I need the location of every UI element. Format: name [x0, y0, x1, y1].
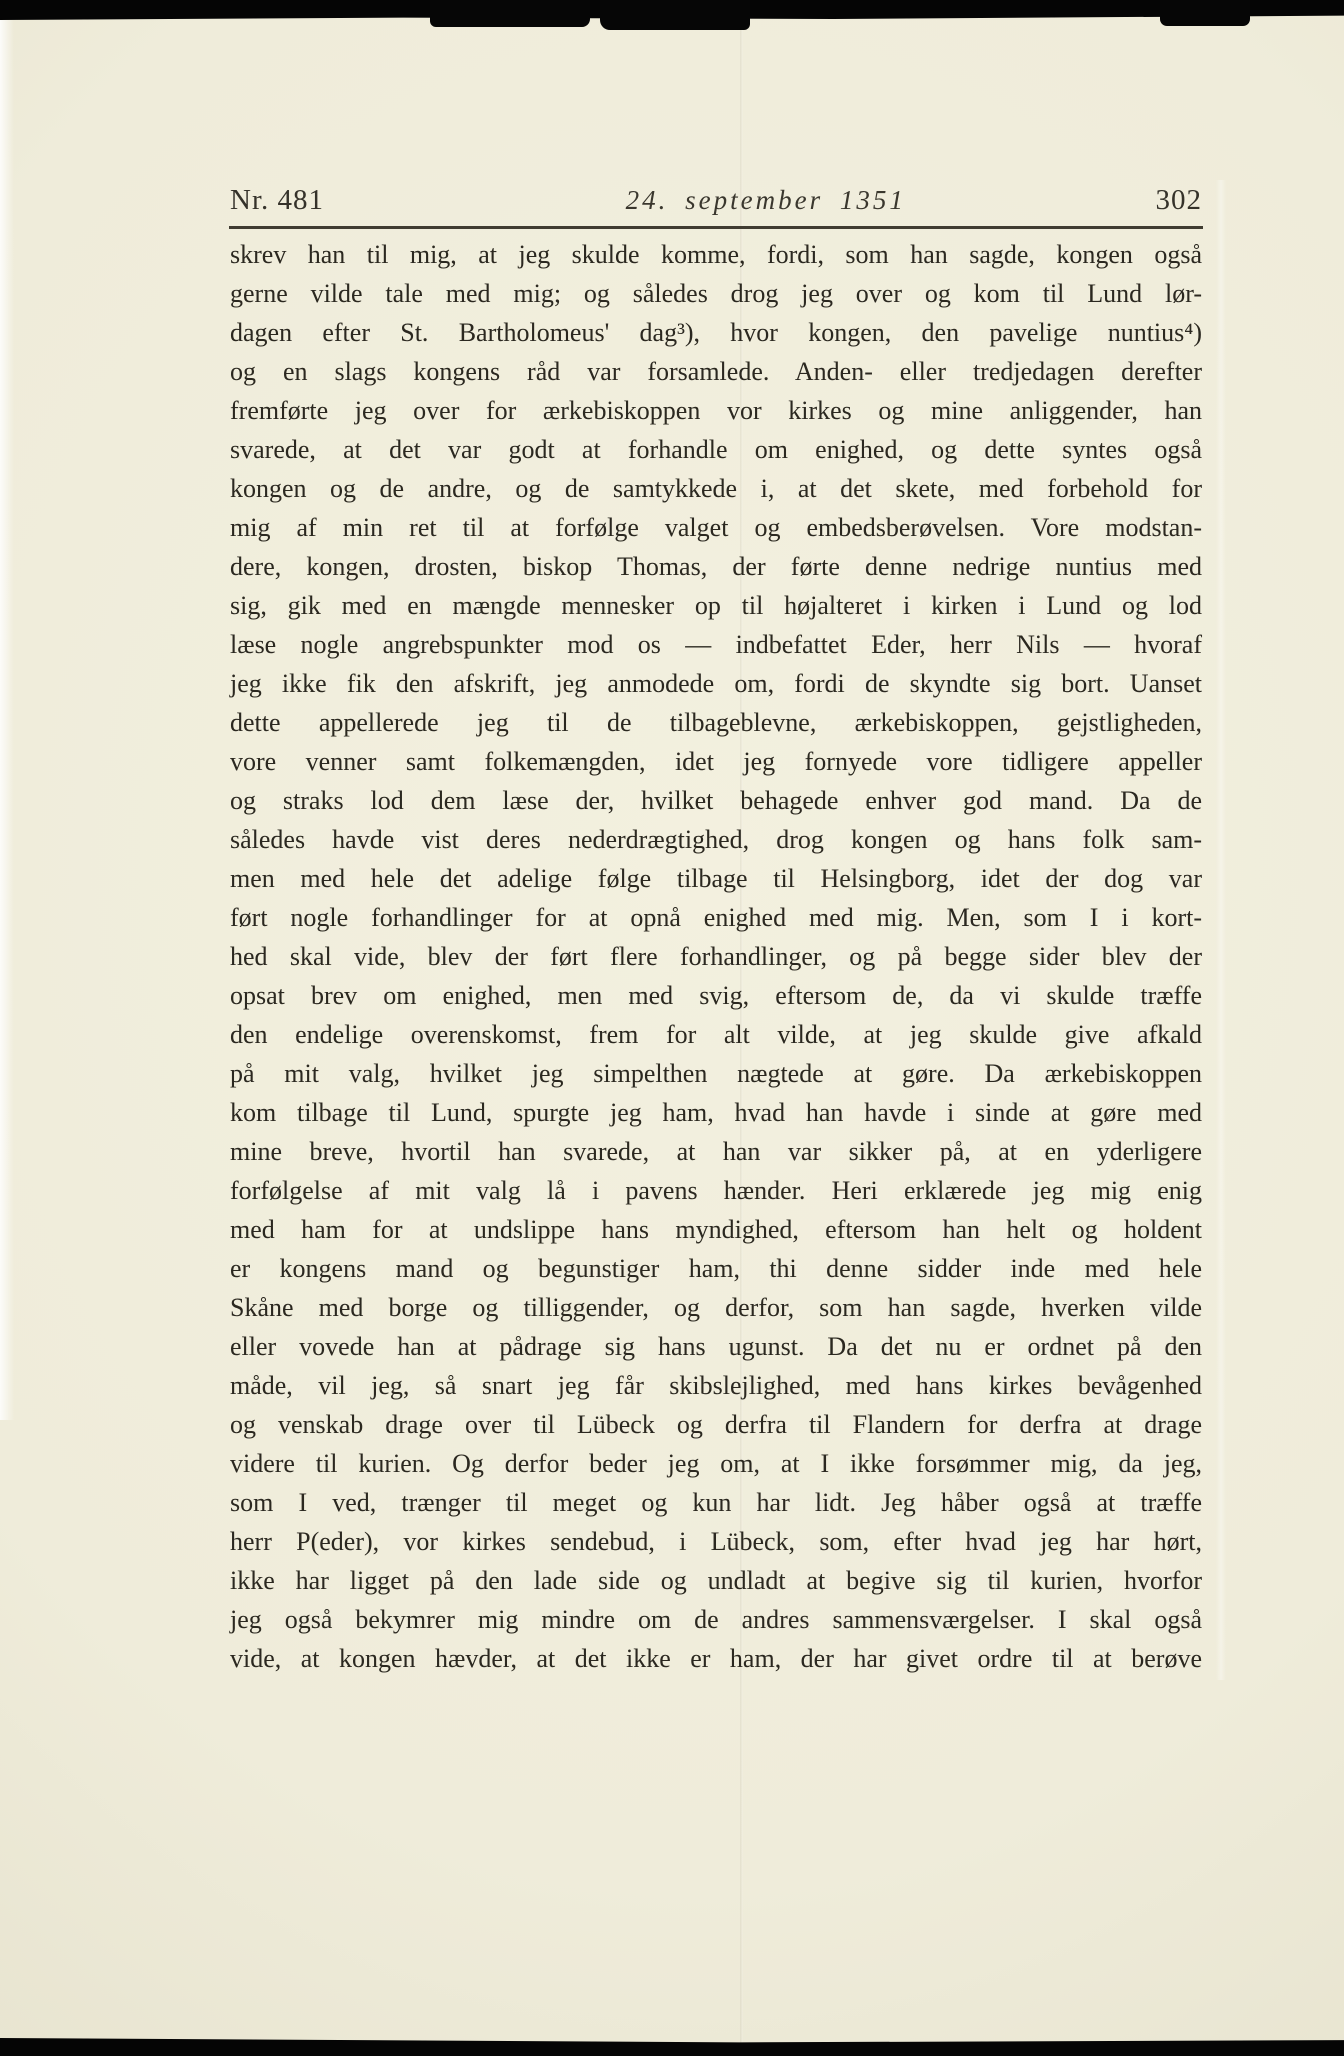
- text-line: videre til kurien. Og derfor beder jeg o…: [230, 1444, 1202, 1483]
- text-line: skrev han til mig, at jeg skulde komme, …: [230, 235, 1202, 274]
- document-number: Nr. 481: [230, 184, 324, 217]
- text-line: hed skal vide, blev der ført flere forha…: [230, 937, 1202, 976]
- text-line: og straks lod dem læse der, hvilket beha…: [230, 781, 1202, 820]
- text-line: læse nogle angrebspunkter mod os — indbe…: [230, 625, 1202, 664]
- text-line: dere, kongen, drosten, biskop Thomas, de…: [230, 547, 1202, 586]
- text-line: dette appellerede jeg til de tilbageblev…: [230, 703, 1202, 742]
- scan-artifact-blob: [430, 0, 590, 27]
- text-line: sig, gik med en mængde mennesker op til …: [230, 586, 1202, 625]
- text-line: jeg ikke fik den afskrift, jeg anmodede …: [230, 664, 1202, 703]
- page-edge-highlight: [0, 20, 14, 1420]
- header-date: 24. september 1351: [626, 185, 906, 216]
- text-line: vide, at kongen hævder, at det ikke er h…: [230, 1639, 1202, 1678]
- header-rule: [229, 226, 1203, 229]
- text-line: Skåne med borge og tilliggender, og derf…: [230, 1288, 1202, 1327]
- running-header: Nr. 481 24. september 1351 302: [230, 184, 1202, 217]
- body-text: skrev han til mig, at jeg skulde komme, …: [230, 235, 1202, 1678]
- text-line: ført nogle forhandlinger for at opnå eni…: [230, 898, 1202, 937]
- text-line: forfølgelse af mit valg lå i pavens hænd…: [230, 1171, 1202, 1210]
- scan-artifact-bottom-band: [0, 2034, 1344, 2056]
- text-line: som I ved, trænger til meget og kun har …: [230, 1483, 1202, 1522]
- text-line: svarede, at det var godt at forhandle om…: [230, 430, 1202, 469]
- text-line: måde, vil jeg, så snart jeg får skibslej…: [230, 1366, 1202, 1405]
- text-line: kom tilbage til Lund, spurgte jeg ham, h…: [230, 1093, 1202, 1132]
- text-line: gerne vilde tale med mig; og således dro…: [230, 274, 1202, 313]
- scan-artifact-blob: [600, 0, 750, 30]
- text-line: mig af min ret til at forfølge valget og…: [230, 508, 1202, 547]
- text-line: på mit valg, hvilket jeg simpelthen nægt…: [230, 1054, 1202, 1093]
- text-line: kongen og de andre, og de samtykkede i, …: [230, 469, 1202, 508]
- scanned-book-page: Nr. 481 24. september 1351 302 skrev han…: [0, 0, 1344, 2056]
- text-line: herr P(eder), vor kirkes sendebud, i Lüb…: [230, 1522, 1202, 1561]
- text-line: ikke har ligget på den lade side og undl…: [230, 1561, 1202, 1600]
- text-line: jeg også bekymrer mig mindre om de andre…: [230, 1600, 1202, 1639]
- text-line: med ham for at undslippe hans myndighed,…: [230, 1210, 1202, 1249]
- text-line: og venskab drage over til Lübeck og derf…: [230, 1405, 1202, 1444]
- scan-artifact-blob: [1160, 0, 1250, 26]
- text-line: fremførte jeg over for ærkebiskoppen vor…: [230, 391, 1202, 430]
- text-line: den endelige overenskomst, frem for alt …: [230, 1015, 1202, 1054]
- text-line: dagen efter St. Bartholomeus' dag³), hvo…: [230, 313, 1202, 352]
- text-line: således havde vist deres nederdrægtighed…: [230, 820, 1202, 859]
- text-line: eller vovede han at pådrage sig hans ugu…: [230, 1327, 1202, 1366]
- text-line: mine breve, hvortil han svarede, at han …: [230, 1132, 1202, 1171]
- text-line: men med hele det adelige følge tilbage t…: [230, 859, 1202, 898]
- page-edge-highlight: [1216, 180, 1226, 1680]
- text-line: vore venner samt folkemængden, idet jeg …: [230, 742, 1202, 781]
- page-number: 302: [1156, 184, 1203, 217]
- text-line: er kongens mand og begunstiger ham, thi …: [230, 1249, 1202, 1288]
- text-line: opsat brev om enighed, men med svig, eft…: [230, 976, 1202, 1015]
- text-line: og en slags kongens råd var forsamlede. …: [230, 352, 1202, 391]
